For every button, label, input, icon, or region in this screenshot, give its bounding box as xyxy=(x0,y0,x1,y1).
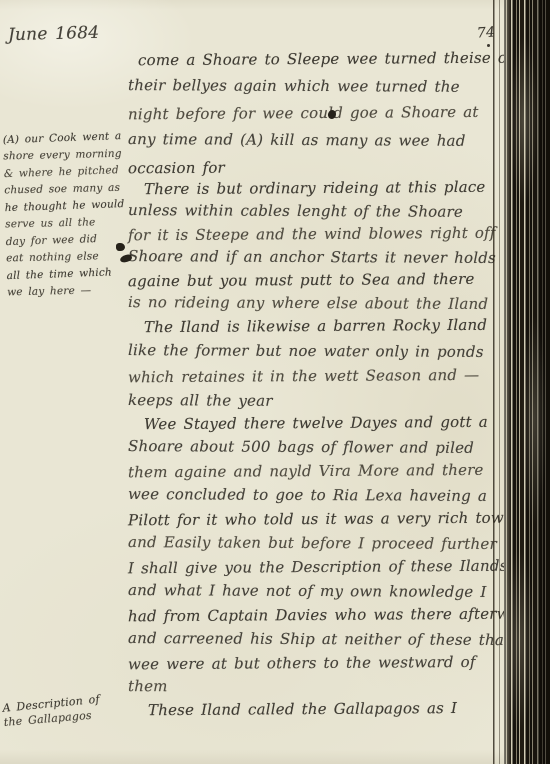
handwritten-line: I shall give you the Description of thes… xyxy=(128,554,496,581)
handwritten-line: which retaines it in the wett Season and… xyxy=(128,363,496,391)
book-binding-texture xyxy=(504,0,550,764)
handwritten-line: like the former but noe water only in po… xyxy=(128,338,496,365)
ink-blot xyxy=(116,243,125,251)
handwritten-line: them againe and nayld Vira More and ther… xyxy=(128,458,496,485)
handwritten-line: and Easily taken but before I proceed fu… xyxy=(128,530,496,556)
paragraph-5: These Iland called the Gallapagos as I xyxy=(128,697,496,721)
handwritten-line: againe but you must putt to Sea and ther… xyxy=(128,268,496,294)
manuscript-page: June 1684 74 (A) our Cook went ashore ev… xyxy=(0,0,550,764)
handwritten-line: These Iland called the Gallapagos as I xyxy=(128,696,496,723)
handwritten-line: wee were at but others to the westward o… xyxy=(128,650,496,677)
handwritten-line: Wee Stayed there twelve Dayes and gott a xyxy=(128,410,496,437)
handwritten-line: There is but ordinary rideing at this pl… xyxy=(128,176,496,202)
handwritten-line: their bellyes again which wee turned the xyxy=(128,72,496,101)
handwritten-line: wee concluded to goe to Ria Lexa haveing… xyxy=(128,482,496,508)
handwritten-line: and what I have not of my own knowledge … xyxy=(128,578,496,604)
handwritten-line: and carreened his Ship at neither of the… xyxy=(128,626,496,652)
margin-note-a: (A) our Cook went ashore every morning& … xyxy=(3,128,132,301)
handwritten-line: Pilott for it who told us it was a very … xyxy=(128,506,496,533)
handwritten-line: night before for wee could goe a Shoare … xyxy=(128,99,496,129)
handwritten-line: we lay here — xyxy=(7,282,131,302)
paragraph-3: The Iland is likewise a barren Rocky Ila… xyxy=(128,314,496,414)
handwritten-line: any time and (A) kill as many as wee had xyxy=(128,126,496,155)
margin-note-b: A Description ofthe Gallapagos xyxy=(2,690,126,731)
page-edge-lines xyxy=(490,0,504,764)
paragraph-1: come a Shoare to Sleepe wee turned theis… xyxy=(128,46,496,181)
handwritten-line: unless within cables lenght of the Shoar… xyxy=(128,199,496,224)
paragraph-4: Wee Stayed there twelve Dayes and gott a… xyxy=(128,411,496,699)
handwritten-line: had from Captain Davies who was there af… xyxy=(128,602,496,629)
paragraph-2: There is but ordinary rideing at this pl… xyxy=(128,177,496,315)
handwritten-line: come a Shoare to Sleepe wee turned theis… xyxy=(128,45,496,75)
handwritten-line: Shoare and if an anchor Starts it never … xyxy=(128,245,496,270)
handwritten-line: for it is Steepe and the wind blowes rig… xyxy=(128,222,496,248)
handwritten-line: The Iland is likewise a barren Rocky Ila… xyxy=(128,313,496,341)
handwritten-line: Shoare about 500 bags of flower and pile… xyxy=(128,434,496,460)
date-heading: June 1684 xyxy=(8,23,100,45)
